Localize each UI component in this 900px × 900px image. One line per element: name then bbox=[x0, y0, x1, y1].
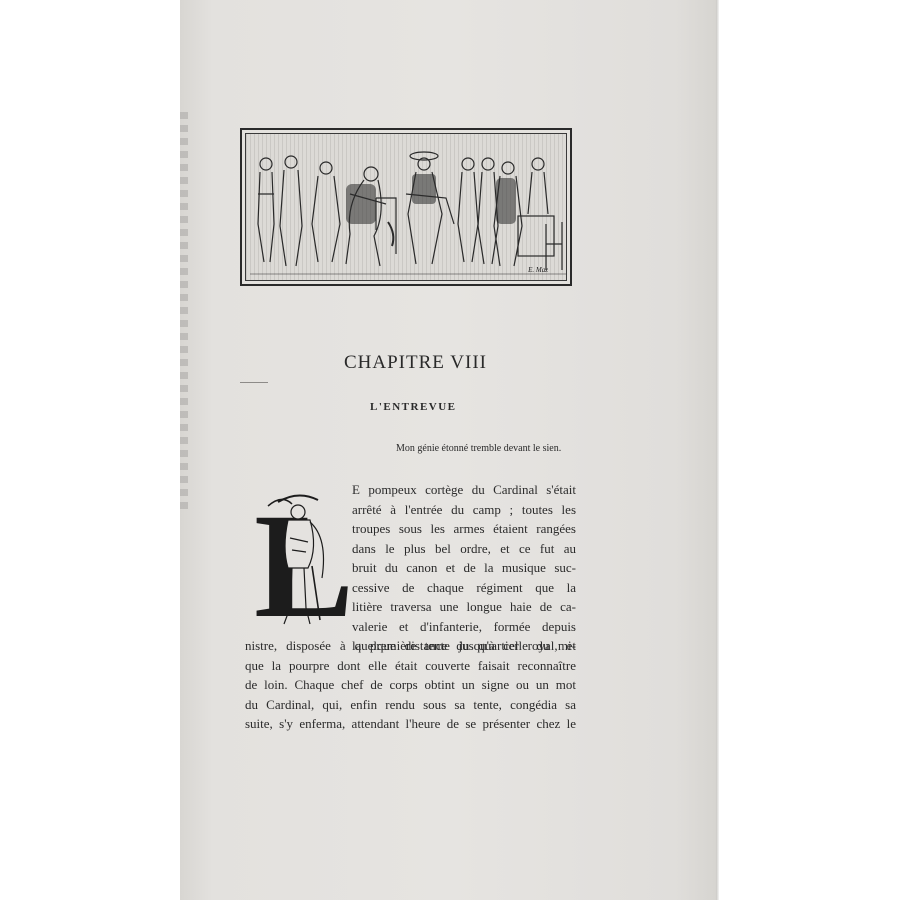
engraving-scene: E. Maz bbox=[245, 133, 567, 281]
text-line: E pompeux cortège du Cardinal s'était bbox=[352, 480, 576, 500]
text-line: de loin. Chaque chef de corps obtint un … bbox=[245, 675, 576, 695]
text-line: cessive de chaque régiment que la bbox=[352, 578, 576, 598]
engraving-figures-icon bbox=[246, 134, 567, 281]
musketeer-figure-icon bbox=[248, 488, 340, 638]
chapter-subtitle: L'ENTREVUE bbox=[370, 401, 457, 413]
text-line: litière traversa une longue haie de ca- bbox=[352, 597, 576, 617]
chapter-header-illustration: E. Maz bbox=[240, 128, 572, 286]
illustrator-signature: E. Maz bbox=[528, 266, 548, 274]
facing-page-bleed bbox=[180, 112, 188, 512]
text-line: que la pourpre dont elle était couverte … bbox=[245, 656, 576, 676]
epigraph: Mon génie étonné tremble devant le sien. bbox=[396, 443, 561, 454]
text-line: suite, s'y enferma, attendant l'heure de… bbox=[245, 714, 576, 734]
text-line: arrêté à l'entrée du camp ; toutes les bbox=[352, 500, 576, 520]
text-line: troupes sous les armes étaient rangées bbox=[352, 519, 576, 539]
ornamental-drop-cap: L bbox=[248, 488, 340, 638]
chapter-title: CHAPITRE VIII bbox=[344, 352, 487, 374]
text-line: valerie et d'infanterie, formée depuis bbox=[352, 617, 576, 637]
body-paragraph-wide: nistre, disposée à quelque distance du q… bbox=[245, 636, 576, 734]
page-edge bbox=[716, 0, 719, 900]
text-line: nistre, disposée à quelque distance du q… bbox=[245, 636, 576, 656]
body-paragraph-narrow: E pompeux cortège du Cardinal s'était ar… bbox=[352, 480, 576, 656]
text-line: dans le plus bel ordre, et ce fut au bbox=[352, 539, 576, 559]
print-mark bbox=[240, 382, 268, 383]
text-line: du Cardinal, qui, enfin rendu sous sa te… bbox=[245, 695, 576, 715]
text-line: bruit du canon et de la musique suc- bbox=[352, 558, 576, 578]
